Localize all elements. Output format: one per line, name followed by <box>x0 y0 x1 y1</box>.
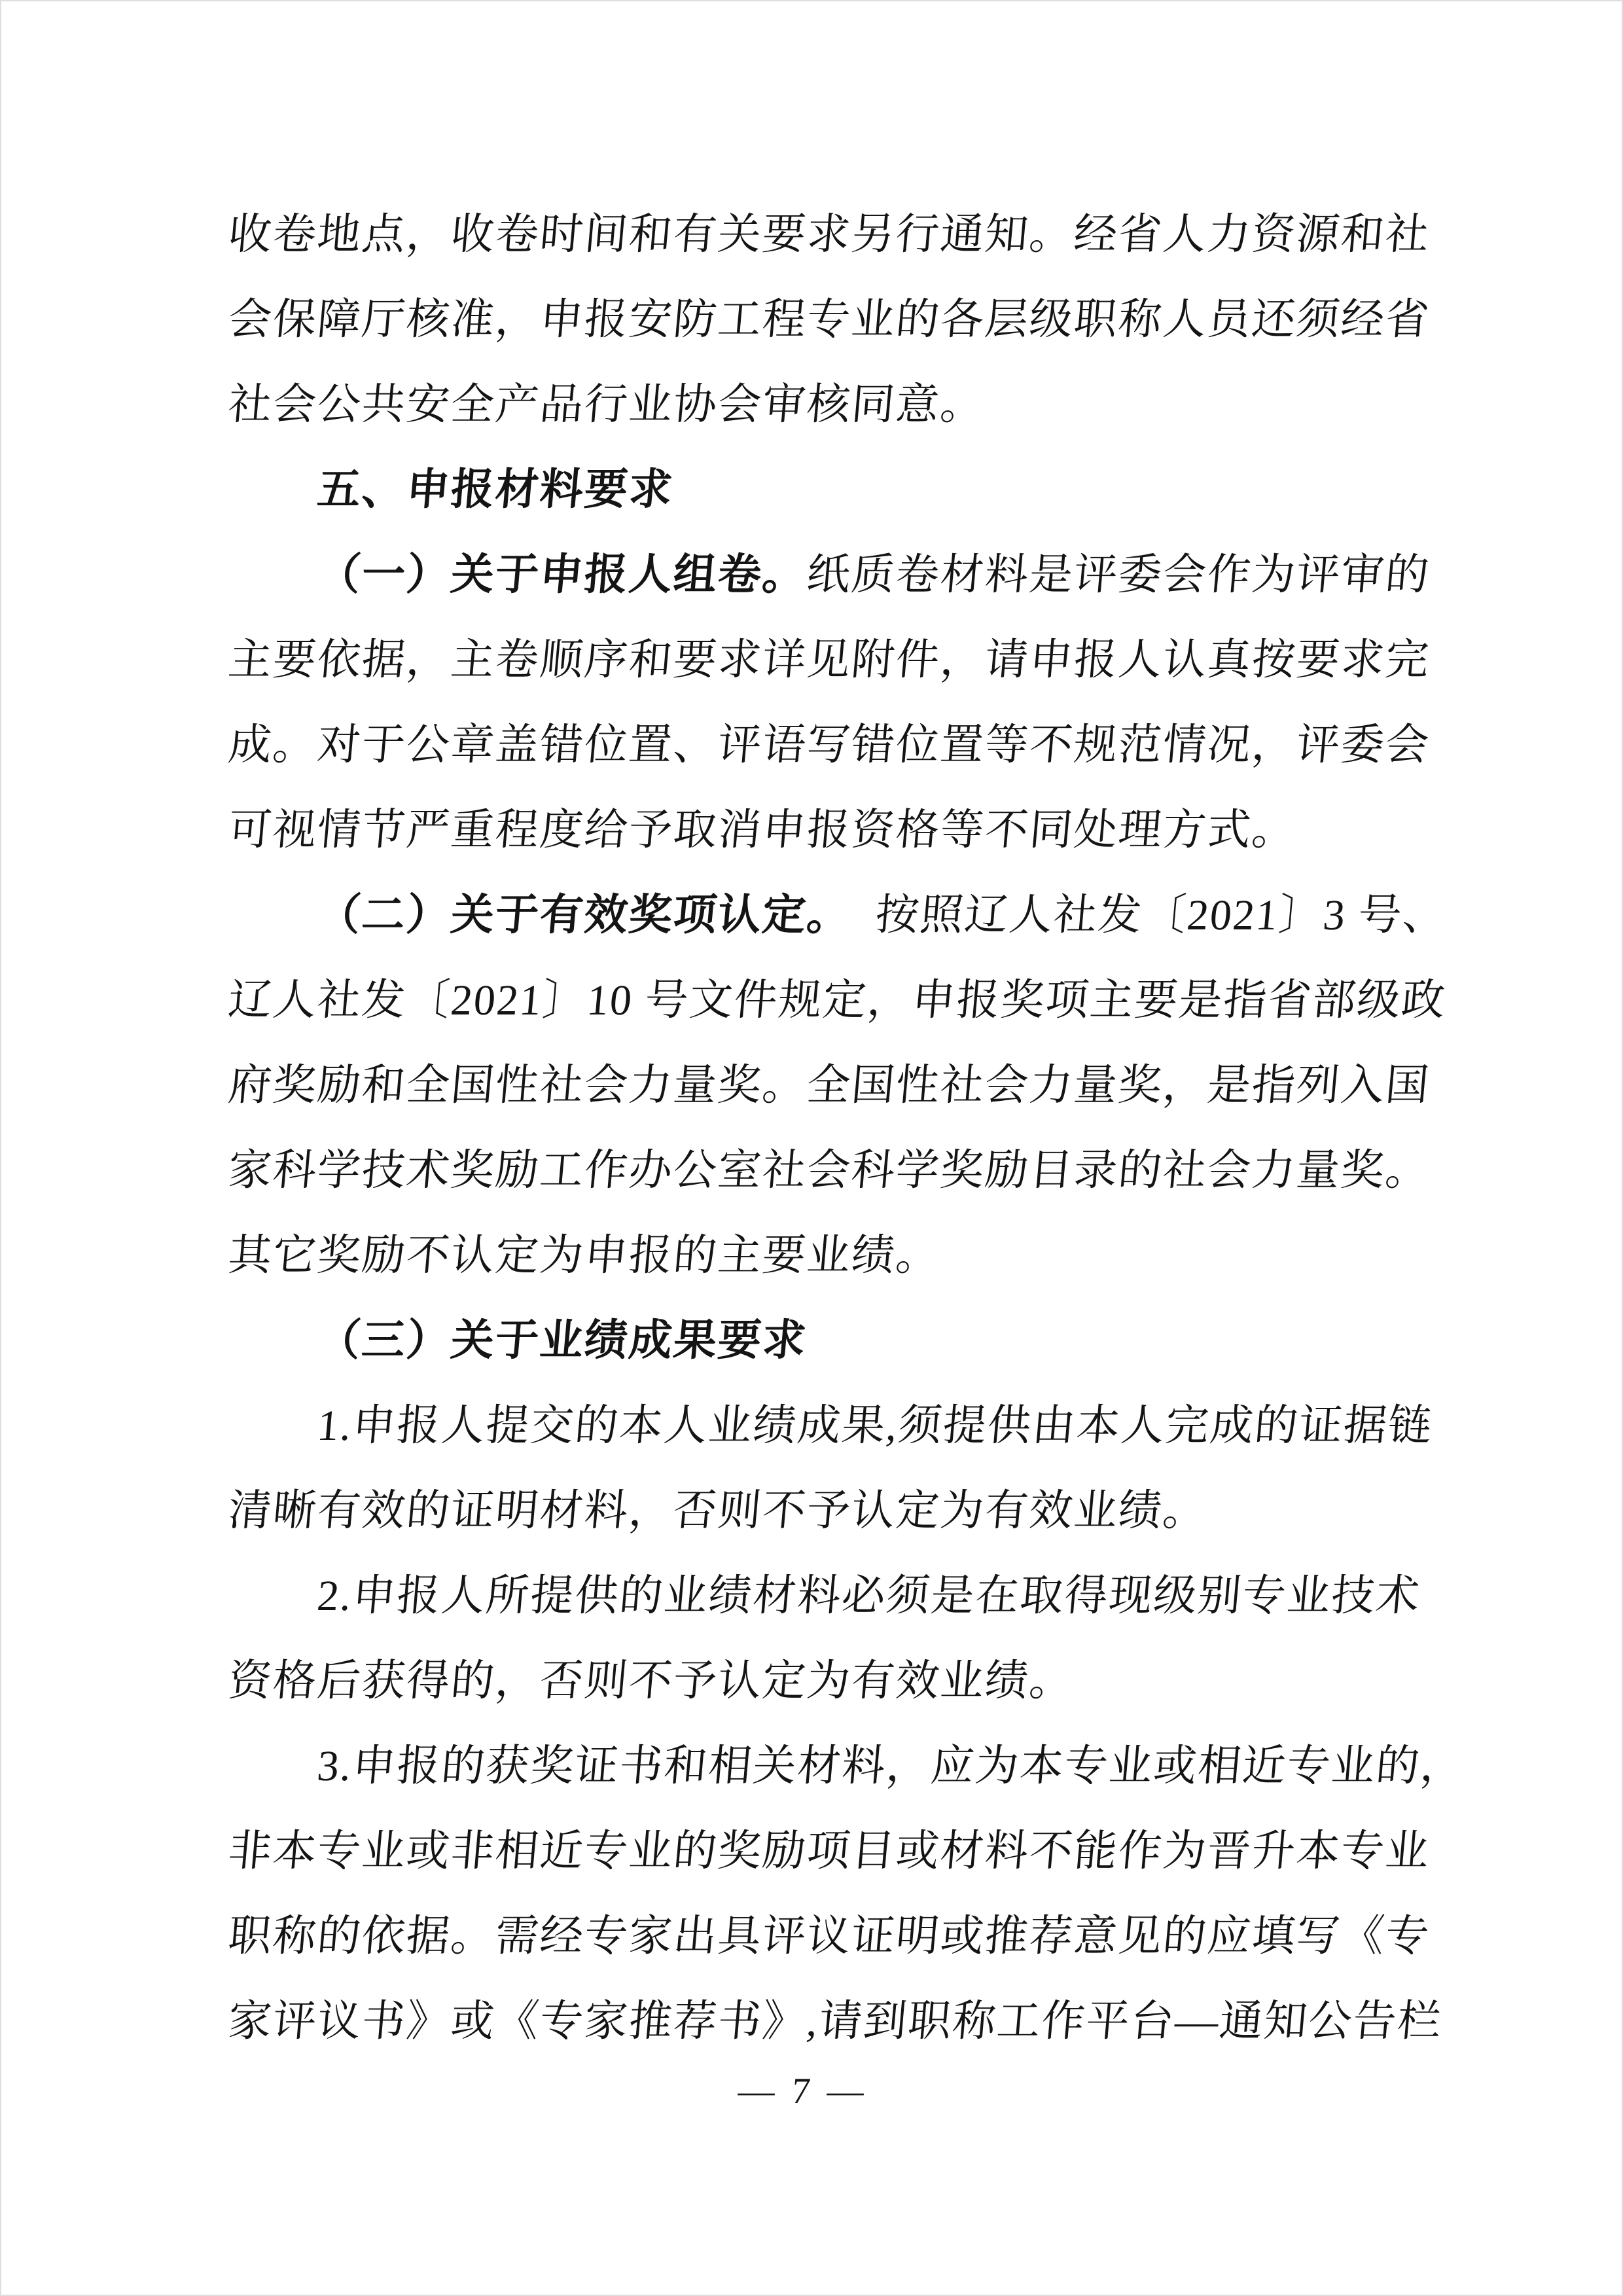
text-line: 非本专业或非相近专业的奖励项目或材料不能作为晋升本专业 <box>224 1809 1423 1894</box>
text-run: 社会公共安全产品行业协会审核同意。 <box>226 381 987 429</box>
text-run: 家评议书》或《专家推荐书》,请到职称工作平台—通知公告栏 <box>226 1998 1444 2045</box>
text-line: 其它奖励不认定为申报的主要业绩。 <box>224 1213 1423 1299</box>
document-page: 收卷地点，收卷时间和有关要求另行通知。经省人力资源和社会保障厅核准，申报安防工程… <box>0 0 1623 2296</box>
text-run: 职称的依据。需经专家出具评议证明或推荐意见的应填写《专 <box>226 1912 1432 1960</box>
text-run: 收卷地点，收卷时间和有关要求另行通知。经省人力资源和社 <box>226 211 1432 259</box>
text-line: 五、申报材料要求 <box>224 448 1423 533</box>
text-line: 成。对于公章盖错位置、评语写错位置等不规范情况，评委会 <box>224 703 1423 788</box>
text-line: 主要依据，主卷顺序和要求详见附件，请申报人认真按要求完 <box>224 618 1423 703</box>
text-run: 3.申报的获奖证书和相关材料，应为本专业或相近专业的， <box>315 1742 1467 1790</box>
text-run: 1.申报人提交的本人业绩成果,须提供由本人完成的证据链 <box>315 1402 1435 1450</box>
text-run: 按照辽人社发〔2021〕3 号、 <box>849 891 1450 939</box>
text-run: 资格后获得的，否则不予认定为有效业绩。 <box>226 1657 1076 1705</box>
text-line: 府奖励和全国性社会力量奖。全国性社会力量奖，是指列入国 <box>224 1043 1423 1128</box>
text-line: 职称的依据。需经专家出具评议证明或推荐意见的应填写《专 <box>224 1894 1423 1979</box>
page-number: — 7 — <box>0 2068 1607 2114</box>
text-line: （一）关于申报人组卷。纸质卷材料是评委会作为评审的 <box>224 533 1423 618</box>
text-run: 其它奖励不认定为申报的主要业绩。 <box>226 1232 942 1280</box>
text-run: 辽人社发〔2021〕10 号文件规定，申报奖项主要是指省部级政 <box>226 977 1448 1024</box>
text-run: 纸质卷材料是评委会作为评审的 <box>805 551 1432 599</box>
text-line: 家科学技术奖励工作办公室社会科学奖励目录的社会力量奖。 <box>224 1128 1423 1213</box>
text-line: 家评议书》或《专家推荐书》,请到职称工作平台—通知公告栏 <box>224 1979 1423 2064</box>
text-run: 可视情节严重程度给予取消申报资格等不同处理方式。 <box>226 806 1298 854</box>
text-run-bold: （一）关于申报人组卷。 <box>315 551 809 599</box>
text-run: 家科学技术奖励工作办公室社会科学奖励目录的社会力量奖。 <box>226 1147 1432 1194</box>
text-line: 资格后获得的，否则不予认定为有效业绩。 <box>224 1639 1423 1724</box>
text-line: 清晰有效的证明材料，否则不予认定为有效业绩。 <box>224 1469 1423 1554</box>
text-run: 主要依据，主卷顺序和要求详见附件，请申报人认真按要求完 <box>226 636 1432 684</box>
text-line: 2.申报人所提供的业绩材料必须是在取得现级别专业技术 <box>224 1554 1423 1639</box>
text-run: 会保障厅核准，申报安防工程专业的各层级职称人员还须经省 <box>226 296 1432 344</box>
text-run-bold: 五、申报材料要求 <box>315 466 675 514</box>
text-line: 社会公共安全产品行业协会审核同意。 <box>224 363 1423 448</box>
text-run: 2.申报人所提供的业绩材料必须是在取得现级别专业技术 <box>315 1572 1423 1620</box>
text-line: 1.申报人提交的本人业绩成果,须提供由本人完成的证据链 <box>224 1384 1423 1469</box>
text-line: （三）关于业绩成果要求 <box>224 1299 1423 1384</box>
document-body: 收卷地点，收卷时间和有关要求另行通知。经省人力资源和社会保障厅核准，申报安防工程… <box>228 192 1419 2064</box>
text-line: （二）关于有效奖项认定。 按照辽人社发〔2021〕3 号、 <box>224 873 1423 958</box>
text-line: 会保障厅核准，申报安防工程专业的各层级职称人员还须经省 <box>224 278 1423 363</box>
text-line: 可视情节严重程度给予取消申报资格等不同处理方式。 <box>224 788 1423 873</box>
text-line: 3.申报的获奖证书和相关材料，应为本专业或相近专业的， <box>224 1724 1423 1809</box>
text-run: 非本专业或非相近专业的奖励项目或材料不能作为晋升本专业 <box>226 1827 1432 1875</box>
text-run: 成。对于公章盖错位置、评语写错位置等不规范情况，评委会 <box>226 721 1432 769</box>
text-run-bold: （三）关于业绩成果要求 <box>315 1317 809 1365</box>
text-line: 收卷地点，收卷时间和有关要求另行通知。经省人力资源和社 <box>224 192 1423 278</box>
text-run: 府奖励和全国性社会力量奖。全国性社会力量奖，是指列入国 <box>226 1062 1432 1109</box>
text-run: 清晰有效的证明材料，否则不予认定为有效业绩。 <box>226 1487 1209 1535</box>
text-run-bold: （二）关于有效奖项认定。 <box>315 891 853 939</box>
text-line: 辽人社发〔2021〕10 号文件规定，申报奖项主要是指省部级政 <box>224 958 1423 1043</box>
